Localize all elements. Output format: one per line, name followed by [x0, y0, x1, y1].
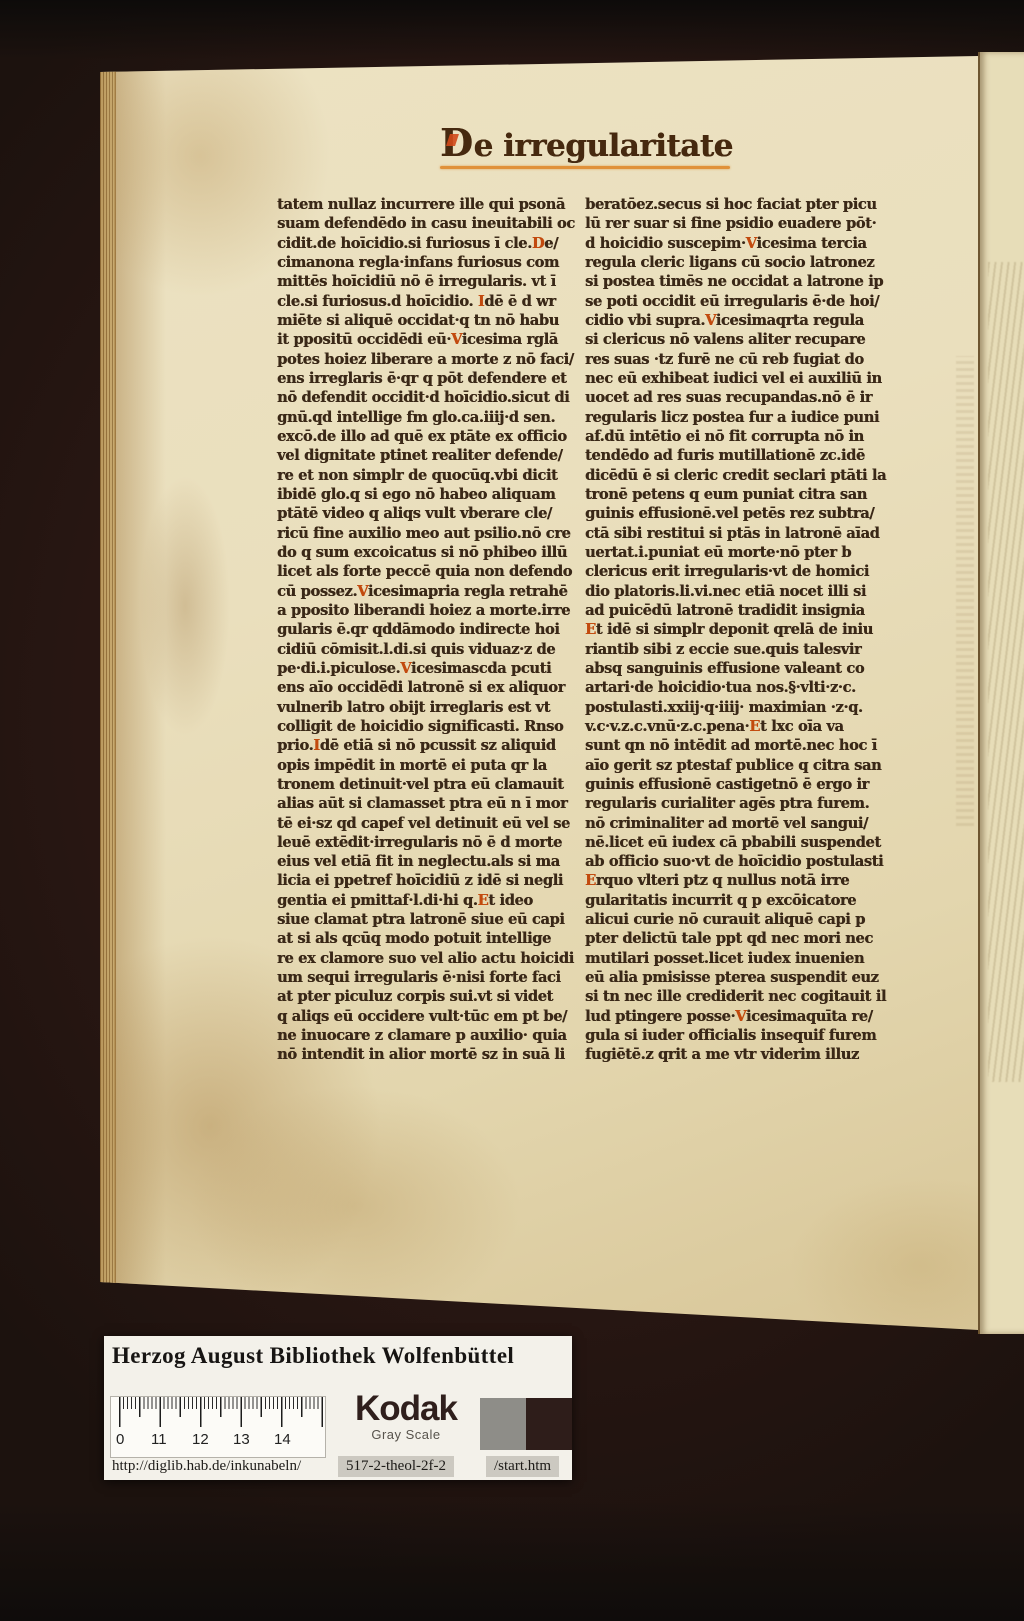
text-line: nē.licet eū iudex cā pbabili suspendet — [585, 833, 875, 852]
text-line: riantib sibi z eccie sue.quis talesvir — [585, 640, 875, 659]
text-line: gnū.qd intellige fm glo.ca.iiij·d sen. — [277, 408, 567, 427]
text-line: aīo gerit sz ptestaf publice q citra san — [585, 756, 875, 775]
text-line: ricū fine auxilio meo aut psilio.nō cre — [277, 524, 567, 543]
text-line: vel dignitate ptinet realiter defende/ — [277, 446, 567, 465]
text-line: artari·de hoicidio·tua nos.§·vlti·z·c. — [585, 678, 875, 697]
text-line: alicui curie nō curauit aliquē capi p — [585, 910, 875, 929]
text-column-right: beratōez.secus si hoc faciat pter piculū… — [585, 195, 875, 1065]
text-line: do q sum excoicatus si nō phibeo illū — [277, 543, 567, 562]
text-line: tronē petens q eum puniat citra san — [585, 485, 875, 504]
text-line: nec eū exhibeat iudici vel ei auxiliū in — [585, 369, 875, 388]
text-line: licia ei ppetref hoīcidiū z idē si negli — [277, 871, 567, 890]
text-line: mittēs hoīcidiū nō ē irregularis. vt ī — [277, 272, 567, 291]
text-line: miēte si aliquē occidat·q tn nō habu — [277, 311, 567, 330]
text-line: gula si iuder officialis insequif furem — [585, 1026, 875, 1045]
text-line: v.c·v.z.c.vnū·z.c.pena·Et lxc oīa va — [585, 717, 875, 736]
text-line: dicēdū ē si cleric credit seclari ptāti … — [585, 466, 875, 485]
text-line: res suas ·tz furē ne cū reb fugiat do — [585, 350, 875, 369]
text-line: vulnerib latro obijt irreglaris est vt — [277, 698, 567, 717]
text-line: dio platoris.li.vi.nec etiā nocet illi s… — [585, 582, 875, 601]
text-line: lū rer suar si fine psidio euadere pōt· — [585, 214, 875, 233]
text-line: regularis licz postea fur a iudice puni — [585, 408, 875, 427]
text-line: Et idē si simplr deponit qrelā de iniu — [585, 620, 875, 639]
text-line: si tn nec ille crediderit nec cogitauit … — [585, 987, 875, 1006]
text-line: regularis curialiter agēs ptra furem. — [585, 794, 875, 813]
fore-edge-shadow — [114, 56, 166, 1330]
text-line: fugiētē.z qrit a me vtr viderim illuz — [585, 1045, 875, 1064]
ruler-ticks — [111, 1397, 325, 1427]
text-line: af.dū intētio ei nō fit corrupta nō in — [585, 427, 875, 446]
digitization-url-row: http://diglib.hab.de/inkunabeln/ 517-2-t… — [104, 1456, 572, 1480]
text-line: ad puicēdū latronē tradidit insignia — [585, 601, 875, 620]
facing-page-text-bleed — [988, 262, 1024, 1082]
text-line: uocet ad res suas recupandas.nō ē ir — [585, 388, 875, 407]
text-line: si clericus nō valens aliter recupare — [585, 330, 875, 349]
text-line: at pter piculuz corpis sui.vt si videt — [277, 987, 567, 1006]
text-line: excō.de illo ad quē ex ptāte ex officio — [277, 427, 567, 446]
text-line: cidio vbi supra.Vicesimaqrta regula — [585, 311, 875, 330]
text-line: guinis effusionē.vel petēs rez subtra/ — [585, 504, 875, 523]
text-line: nō intendit in alior mortē sz in suā li — [277, 1045, 567, 1064]
page-title: De irregularitate — [440, 120, 730, 169]
gray-scale-patch-dark — [526, 1398, 572, 1450]
text-line: sunt qn nō intēdit ad mortē.nec hoc ī — [585, 736, 875, 755]
text-line: at si als qcūq modo potuit intellige — [277, 929, 567, 948]
text-line: colligit de hoicidio significasti. Rnso — [277, 717, 567, 736]
text-line: ab officio suo·vt de hoīcidio postulasti — [585, 852, 875, 871]
text-line: si postea timēs ne occidat a latrone ip — [585, 272, 875, 291]
ruler-number: 0 — [116, 1431, 124, 1448]
text-line: nō defendit occidit·d hoīcidio.sicut di — [277, 388, 567, 407]
book-page: De irregularitate tatem nullaz incurrere… — [100, 56, 978, 1330]
text-line: se poti occidit eū irregularis ē·de hoi/ — [585, 292, 875, 311]
text-line: nō criminaliter ad mortē vel sangui/ — [585, 814, 875, 833]
text-line: ptātē video q aliqs vult vberare cle/ — [277, 504, 567, 523]
text-line: clericus erit irregularis·vt de homici — [585, 562, 875, 581]
kodak-logo: Kodak — [336, 1392, 476, 1426]
text-line: tendēdo ad furis mutillationē zc.idē — [585, 446, 875, 465]
scanned-book-photo: De irregularitate tatem nullaz incurrere… — [0, 0, 1024, 1621]
ruler-number: 14 — [274, 1431, 291, 1448]
url-base: http://diglib.hab.de/inkunabeln/ — [112, 1458, 301, 1475]
facing-page-edge — [978, 52, 1024, 1334]
text-line: ctā sibi restitui si ptās in latronē aīa… — [585, 524, 875, 543]
text-line: Erquo vlteri ptz q nullus notā irre — [585, 871, 875, 890]
url-file: /start.htm — [486, 1456, 559, 1477]
text-line: cimanona regla·infans furiosus com — [277, 253, 567, 272]
text-line: regula cleric ligans cū socio latronez — [585, 253, 875, 272]
text-line: pe·di.i.piculose.Vicesimascda pcuti — [277, 659, 567, 678]
kodak-subtitle: Gray Scale — [336, 1427, 476, 1442]
text-line: eius vel etiā fit in neglectu.als si ma — [277, 852, 567, 871]
text-line: absq sanguinis effusione valeant co — [585, 659, 875, 678]
text-line: cidit.de hoīcidio.si furiosus ī cle.De/ — [277, 234, 567, 253]
ruler: 011121314 — [110, 1396, 326, 1458]
text-line: ne inuocare z clamare p auxilio· quia — [277, 1026, 567, 1045]
text-line: tē ei·sz qd capef vel detinuit eū vel se — [277, 814, 567, 833]
text-line: gentia ei pmittaf·l.di·hi q.Et ideo — [277, 891, 567, 910]
text-line: alias aūt si clamasset ptra eū n ī mor — [277, 794, 567, 813]
text-line: potes hoiez liberare a morte z nō faci/ — [277, 350, 567, 369]
text-line: licet als forte peccē quia non defendo — [277, 562, 567, 581]
heading-text: De irregularitate — [440, 128, 733, 164]
text-line: d hoicidio suscepim·Vicesima tercia — [585, 234, 875, 253]
text-line: gularis ē.qr qddāmodo indirecte hoi — [277, 620, 567, 639]
text-column-left: tatem nullaz incurrere ille qui psonāsua… — [277, 195, 567, 1065]
text-line: um sequi irregularis ē·nisi forte faci — [277, 968, 567, 987]
rubricated-initial: D — [440, 120, 472, 165]
ruler-number: 12 — [192, 1431, 209, 1448]
text-line: ens aīo occidēdi latronē si ex aliquor — [277, 678, 567, 697]
paper-stain — [190, 1086, 520, 1326]
marginal-bleed — [956, 356, 974, 826]
text-line: leuē extēdit·irregularis nō ē d morte — [277, 833, 567, 852]
text-line: re ex clamore suo vel alio actu hoicidi — [277, 949, 567, 968]
ruler-number: 11 — [151, 1431, 167, 1448]
kodak-gray-scale: Kodak Gray Scale — [336, 1392, 476, 1442]
text-line: guinis effusionē castigetnō ē ergo ir — [585, 775, 875, 794]
text-line: tronem detinuit·vel ptra eū clamauit — [277, 775, 567, 794]
library-label: Herzog August Bibliothek Wolfenbüttel 01… — [104, 1336, 572, 1480]
text-line: it ppositū occidēdi eū·Vicesima rglā — [277, 330, 567, 349]
heading-underline — [440, 166, 730, 169]
text-line: a pposito liberandi hoiez a morte.irre — [277, 601, 567, 620]
ruler-numbers: 011121314 — [111, 1429, 325, 1453]
text-line: eū alia pmisisse pterea suspendit euz — [585, 968, 875, 987]
label-middle-row: 011121314 Kodak Gray Scale — [104, 1380, 572, 1458]
text-line: gularitatis incurrit q p excōicatore — [585, 891, 875, 910]
text-line: cle.si furiosus.d hoīcidio. Idē ē d wr — [277, 292, 567, 311]
text-line: siue clamat ptra latronē siue eū capi — [277, 910, 567, 929]
text-line: suam defendēdo in casu ineuitabili oc — [277, 214, 567, 233]
text-line: lud ptingere posse·Vicesimaquīta re/ — [585, 1007, 875, 1026]
text-line: beratōez.secus si hoc faciat pter picu — [585, 195, 875, 214]
text-line: tatem nullaz incurrere ille qui psonā — [277, 195, 567, 214]
text-line: cū possez.Vicesimapria regla retrahē — [277, 582, 567, 601]
text-line: ens irreglaris ē·qr q pōt defendere et — [277, 369, 567, 388]
text-line: ibidē glo.q si ego nō habeo aliquam — [277, 485, 567, 504]
text-line: pter delictū tale ppt qd nec mori nec — [585, 929, 875, 948]
shelfmark: 517-2-theol-2f-2 — [338, 1456, 454, 1477]
text-line: opis impēdit in mortē ei puta qr la — [277, 756, 567, 775]
gray-scale-patch-gray — [480, 1398, 526, 1450]
text-line: prio.Idē etiā si nō pcussit sz aliquid — [277, 736, 567, 755]
text-line: re et non simplr de quocūq.vbi dicit — [277, 466, 567, 485]
text-line: uertat.i.puniat eū morte·nō pter b — [585, 543, 875, 562]
library-name: Herzog August Bibliothek Wolfenbüttel — [112, 1343, 564, 1369]
text-line: mutilari posset.licet iudex inuenien — [585, 949, 875, 968]
text-line: q aliqs eū occidere vult·tūc em pt be/ — [277, 1007, 567, 1026]
text-line: cidiū cōmisit.l.di.si quis viduaz·z de — [277, 640, 567, 659]
text-line: postulasti.xxiij·q·iiij· maximian ·z·q. — [585, 698, 875, 717]
ruler-number: 13 — [233, 1431, 250, 1448]
